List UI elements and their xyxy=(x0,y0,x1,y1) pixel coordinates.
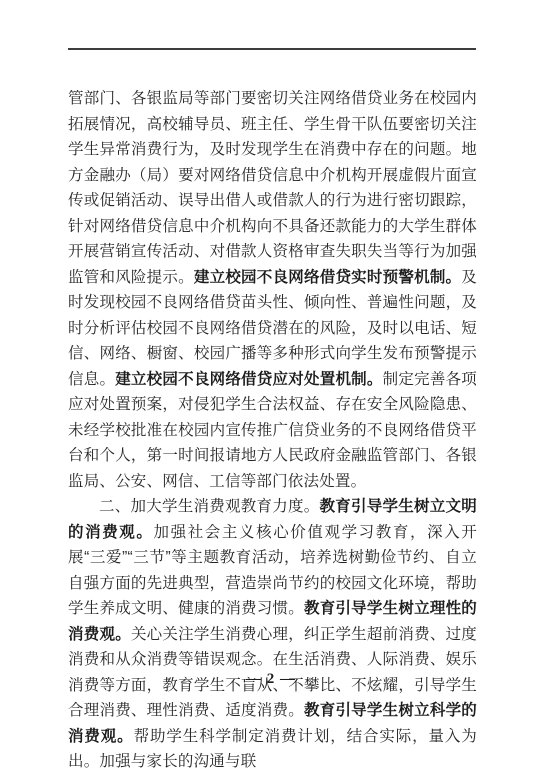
paragraph: 管部门、各银监局等部门要密切关注网络借贷业务在校园内拓展情况，高校辅导员、班主任… xyxy=(68,86,477,494)
bold-text-run: 建立校园不良网络借贷实时预警机制。 xyxy=(194,269,461,286)
page-number: — 2 — xyxy=(0,671,542,688)
text-run: 制定完善各项应对处置预案，对侵犯学生合法权益、存在安全风险隐患、未经学校批准在校… xyxy=(68,371,477,490)
text-run: 二、加大学生消费观教育力度。 xyxy=(99,498,320,515)
text-run: 管部门、各银监局等部门要密切关注网络借贷业务在校园内拓展情况，高校辅导员、班主任… xyxy=(68,90,477,286)
document-page: 管部门、各银监局等部门要密切关注网络借贷业务在校园内拓展情况，高校辅导员、班主任… xyxy=(0,0,542,768)
paragraph: 二、加大学生消费观教育力度。教育引导学生树立文明的消费观。加强社会主义核心价值观… xyxy=(68,494,477,768)
bold-text-run: 建立校园不良网络借贷应对处置机制。 xyxy=(115,371,382,388)
header-divider-rule xyxy=(68,48,476,50)
document-body: 管部门、各银监局等部门要密切关注网络借贷业务在校园内拓展情况，高校辅导员、班主任… xyxy=(68,86,477,768)
